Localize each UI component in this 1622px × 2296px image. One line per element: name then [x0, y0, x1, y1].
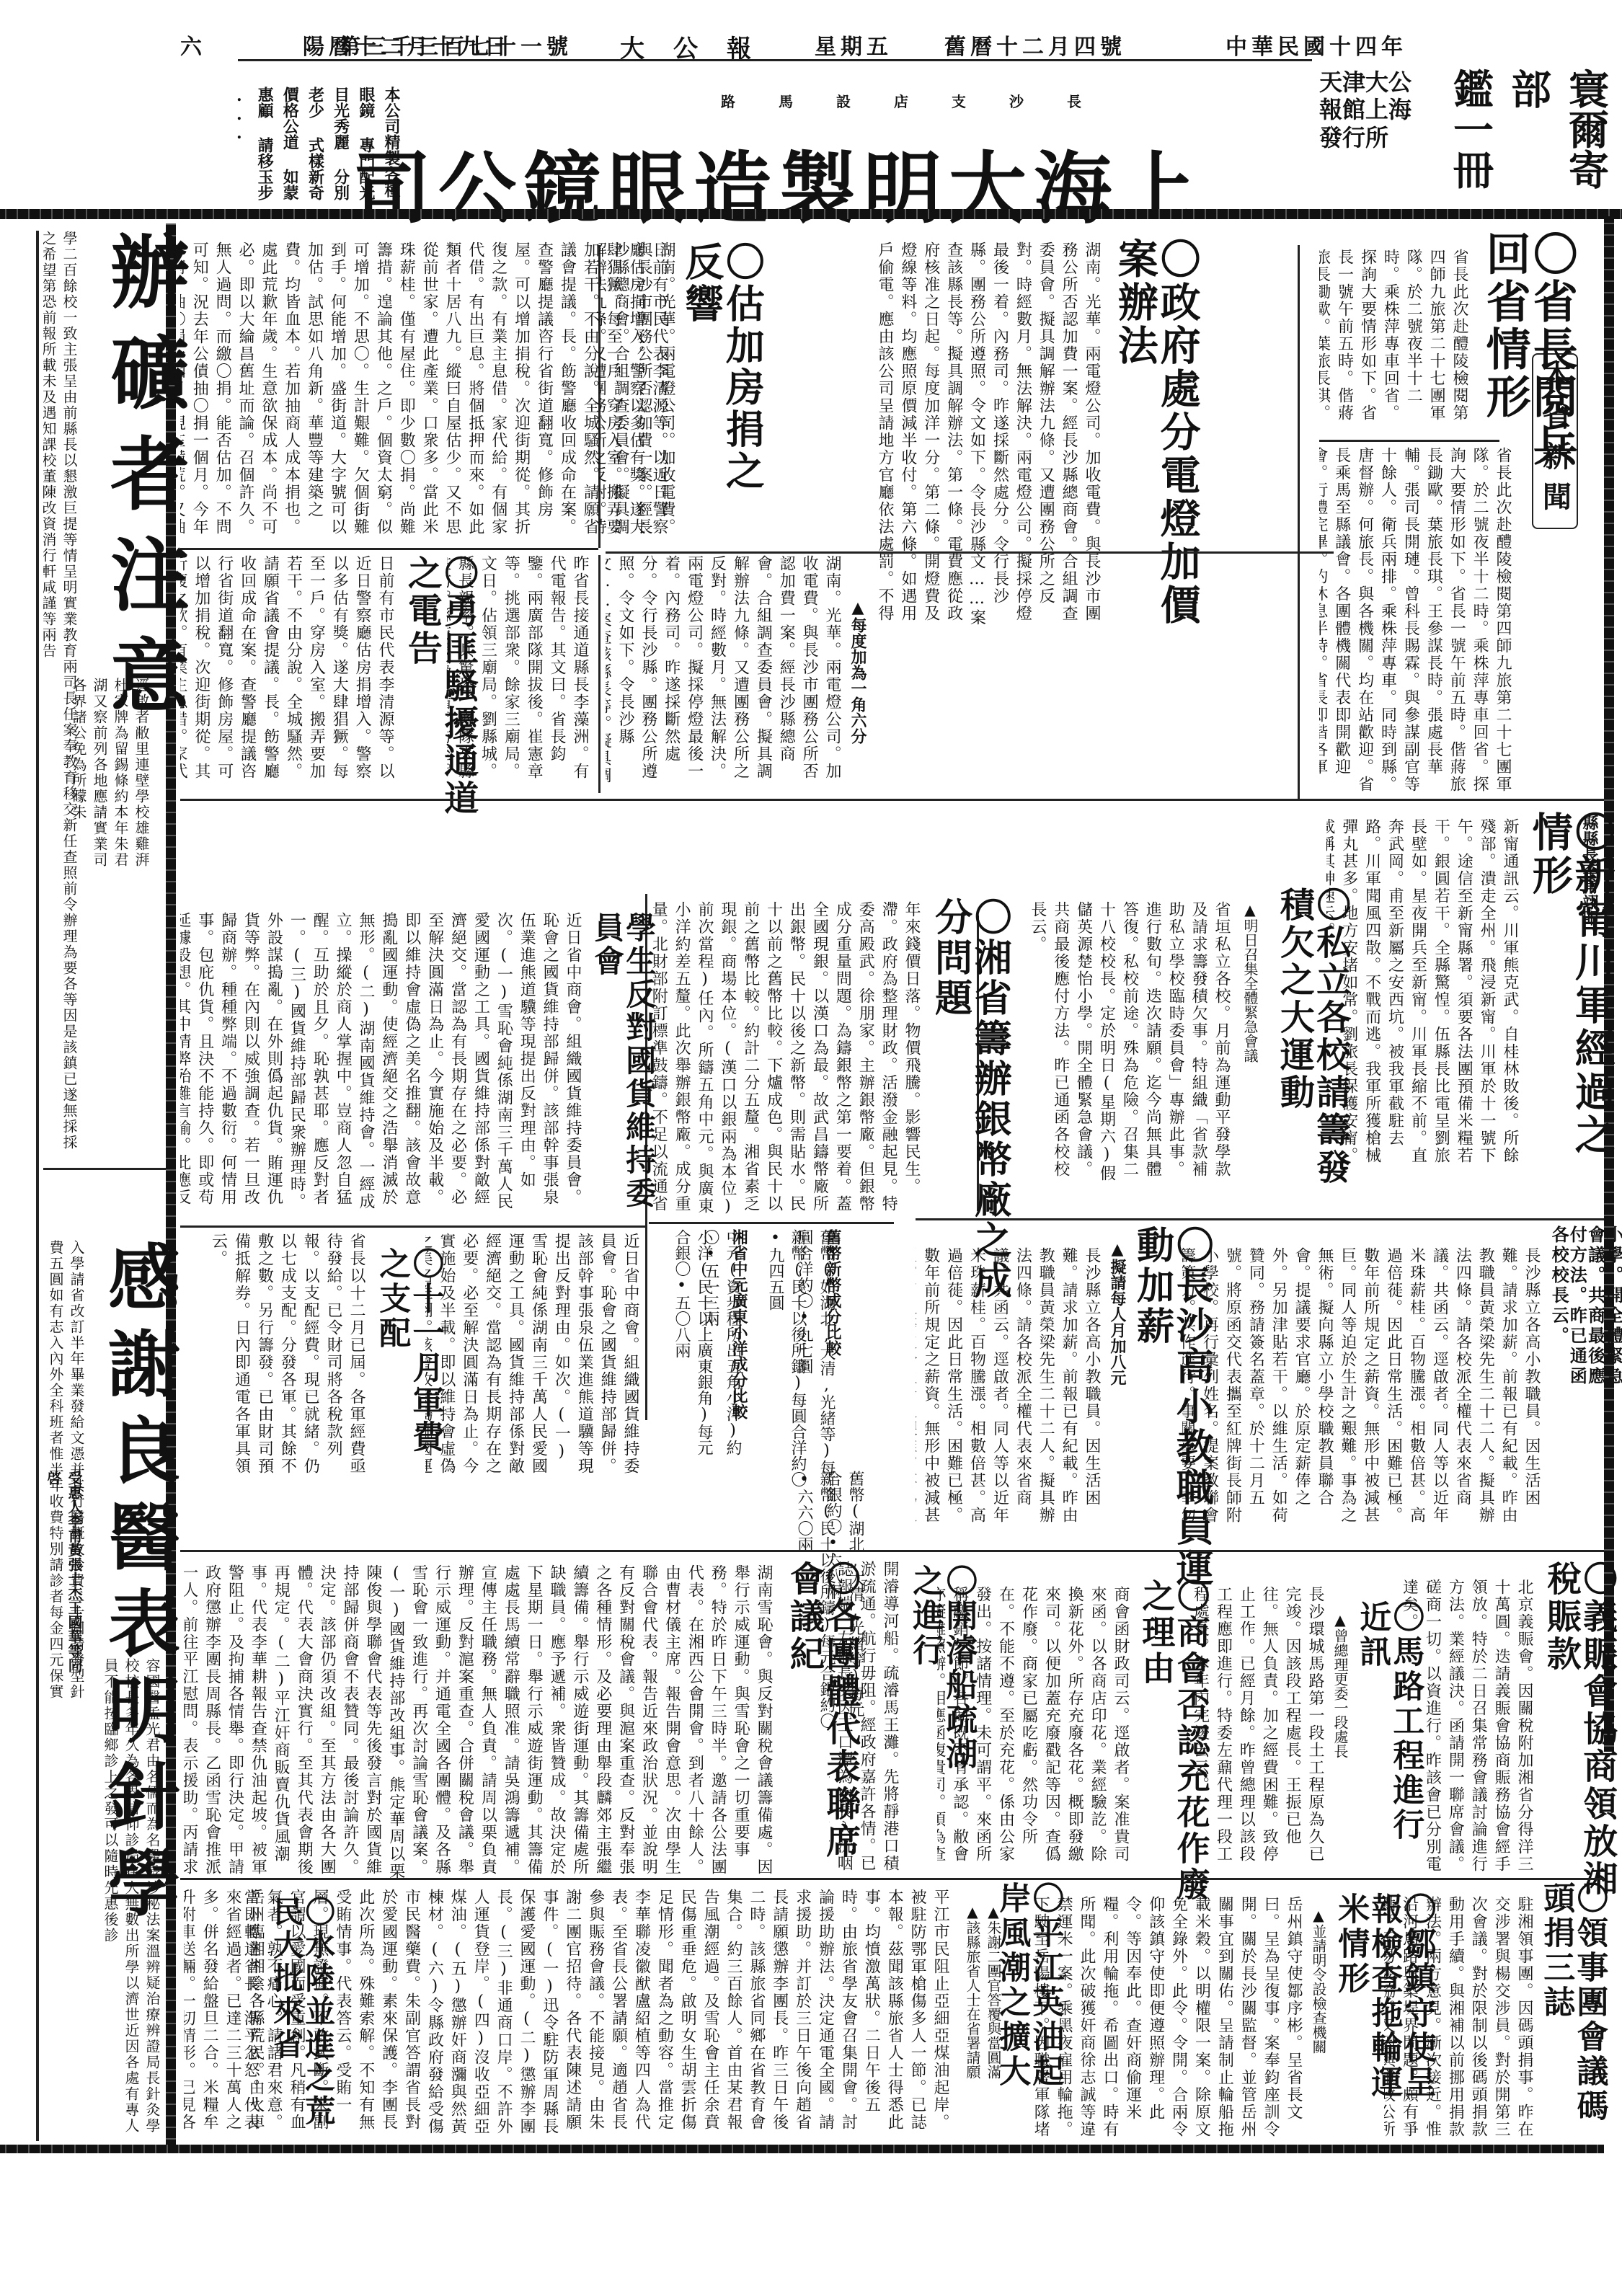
circle-bullet-icon: 〇 [1569, 811, 1616, 854]
circle-bullet-icon: 〇 [1525, 231, 1578, 278]
article-body-a9: 省垣私立各校。月前為運動平發學款及請求籌發積欠事。特組織「省款補助私立學校臨時委… [980, 901, 1233, 1189]
article-body-a5-cont: 近日省中商會。組織國貨維持委員會。恥會之國貨維持部歸併。該部幹事張泉伍業進熊道驥… [425, 1233, 642, 1478]
article-subhead-a18: ▲朱謝二團官答覆與當圓滿 ▲該縣旅省人士在省署請願 [962, 1903, 1004, 2083]
article-body-a2: 湖南。光華。兩電燈公司。加收電費。與長沙市團務公所否認加費一案。經長沙縣總商會。… [872, 241, 1103, 631]
ad-center-title: 上海大明製造眼鏡公司 [353, 126, 1290, 238]
article-subhead-a2: ▲每度加為一角六分 [847, 598, 869, 786]
ad-right-side: 天津大公報館上海發行所 [1319, 68, 1427, 151]
article-body-a6: 省長以十二月已屆。各軍經費亟待發給。已令財司將各稅款列報。以支配經費。現已就緒。… [180, 1233, 368, 1478]
article-headline-a13: 〇商會否認充花作廢之理由 [1139, 1579, 1209, 1918]
circle-bullet-icon: 〇 [1172, 1579, 1211, 1615]
masthead-lunar-date: 舊曆十二月四號 [944, 29, 1126, 61]
article-body-a5: 近日省中商會。組織國貨維持委員會。恥會之國貨維持部歸併。該部幹事張泉伍業進熊道驥… [180, 912, 584, 1222]
rule [916, 1218, 1604, 1220]
article-body-a10: 長沙縣立各高小教職員。因生活困難。請求加薪。前報已有紀載。昨由教職員黃榮梁先生二… [916, 1247, 1103, 1535]
article-subhead-a12: ▲曾總理更委一段處長 [1330, 1611, 1351, 1784]
circle-bullet-icon: 〇 [1154, 238, 1202, 281]
article-body-a4: 昨省長接通道縣長李藻洲。有代電報告。其文曰。省長鈞鑒。兩廣部隊開拔後。崔憲章等。… [447, 555, 591, 793]
article-headline-a8: 〇新甯川軍經過之情形 [1528, 811, 1613, 1186]
masthead-rule [238, 59, 1312, 61]
circle-bullet-icon: 〇 [407, 1247, 443, 1282]
circle-bullet-icon: 〇 [1577, 1561, 1618, 1598]
article-headline-a18: 〇平江英油起岸風潮之擴大 [995, 1881, 1061, 2119]
row-divider [180, 1550, 1604, 1552]
rule [1319, 440, 1499, 442]
ad-center-subtitle: 長沙支店設馬路 [692, 90, 1125, 111]
column-rule [1298, 245, 1300, 800]
article-headline-a2: 〇政府處分電燈加價案辦法 [1114, 238, 1199, 642]
circle-bullet-icon: 〇 [1027, 1881, 1063, 1916]
article-headline-a16: 〇領事團會議碼頭捐三誌 [1539, 1881, 1605, 2141]
ad-signers-ad2: 受惠人李甫黃張士杰王國華等同啓 [43, 1471, 85, 1672]
rule [180, 548, 598, 550]
article-headline-a14: 〇開濬船疏湖之進行 [908, 1564, 975, 1795]
article-headline-a12: 〇馬路工程進行近訊 [1355, 1600, 1422, 1845]
article-body-a18: 平江市民阻止亞細亞煤油起岸。被駐防鄂軍槍傷多人一節。已誌本報。茲聞該縣旅省人士得… [238, 1889, 952, 2141]
article-headline-a6: 〇十一月軍費之支配 [375, 1247, 441, 1463]
article-body-a8: 新甯通訊云。川軍熊克武。自桂林敗後。所餘殘部。潰走全州。飛浸新甯。川軍於十一號下… [1326, 818, 1521, 1179]
circle-bullet-icon: 〇 [1311, 887, 1351, 924]
rule [43, 1168, 166, 1170]
article-headline-a9: 〇私立各校請籌發積欠之大運動 [1276, 887, 1349, 1204]
circle-bullet-icon: 〇 [967, 897, 1011, 938]
ad-body-bottom-ad1: 逕啟者敝里連壁學校雄雞湃杜家牌為留錫條約本年朱君湖又察前列各地應請實業司各界諸公… [43, 678, 151, 879]
rule [606, 551, 1334, 554]
article-body-a1-cont: 省長此次赴醴陵檢閱第四師九旅第二十七團軍隊。於二號夜半十二時。乘株萍專車回省。探… [1319, 447, 1514, 793]
circle-bullet-icon: 〇 [1387, 1600, 1424, 1635]
row-divider [180, 799, 1604, 801]
article-headline-a5: 學生反對國貨維持委員會 [591, 912, 655, 1215]
article-headline-a17: 〇鄒鎮守使呈報檢查拖輪運米情形 [1334, 1892, 1434, 2130]
ad-left-text: 本公司精製各種眼鏡 專門配光 目光秀麗 分別老少 式樣新奇 價格公道 如蒙惠顧 … [202, 87, 404, 202]
circle-bullet-icon: 〇 [719, 241, 766, 283]
article-body-a15: 湖南雪恥會。與反對關稅會議籌備處。因舉行示威運動。與雪恥會之一切重要事務。特於昨… [184, 1564, 775, 1881]
article-body-a19: 岳州臨湘湘陰各縣荒民。由火車來省經過者。已達二三十萬人之多。併名發給盤旦二合。米… [184, 1889, 267, 2141]
column-rule [598, 555, 601, 793]
circle-bullet-icon: 〇 [1399, 1892, 1436, 1927]
masthead-weekday: 星期五 [815, 29, 892, 61]
bottom-rule [0, 2145, 1604, 2153]
article-subhead-a10: ▲擬請每人月加八元 [1107, 1240, 1129, 1420]
article-subhead-a9: ▲明日召集全體緊急會議 [1240, 901, 1261, 1117]
article-body-a2-cont: 湖南。光華。兩電燈公司。加收電費。與長沙市團務公所否認加費一案。經長沙縣總商會。… [606, 555, 843, 793]
circle-bullet-icon: 〇 [301, 1896, 336, 1929]
article-body-a7: 年來錢價日落。物價飛騰。影響民生。滯。政府為整理財政。活潑金融起見。特委高殿武。… [649, 901, 923, 1218]
circle-bullet-icon: 〇 [940, 1564, 977, 1599]
ad-right-line1: 寰爾寄部 [1499, 68, 1615, 213]
masthead-gregorian-date: 陽曆十二月十九日 [303, 29, 510, 61]
masthead-year: 中華民國十四年 [1226, 29, 1407, 61]
article-headline-a15: 〇各團體代表聯席會議紀 [786, 1561, 859, 1878]
row-divider [180, 1878, 1604, 1880]
article-body-a3: 日前有市民代表李清源等。以近日警察廳估房捐增入。警察以多估有獎。遂大肆猖獗。每至… [180, 241, 670, 544]
circle-bullet-icon: 〇 [1571, 1881, 1608, 1916]
article-headline-a19: 〇水陸並進之荒民大批來省 [270, 1896, 334, 2134]
article-body-a17: 岳州鎮守使鄒序彬。呈省長文曰。呈為呈復事。案奉鈞座訓令開。關於長沙關監督。並管岳… [1031, 1896, 1305, 2141]
rule [180, 1225, 645, 1228]
left-edge-rule [36, 231, 39, 2141]
article-subhead-a17: ▲並請明令設檢查機關 [1308, 1907, 1329, 2073]
article-tail-a9: 省垣私立各校。月前為運動平發學款及請求籌發積欠事。特組織「省款補助私立學校臨時委… [1550, 1225, 1622, 1399]
top-divider [0, 209, 1622, 219]
article-body-a3-cont: 日前有市民代表李清源等。以近日警察廳估房捐增入。警察以多估有獎。遂大肆猖獗。每至… [180, 555, 396, 793]
ad-right-line2: 鑑一冊 [1442, 68, 1499, 213]
article-headline-a3: 〇估加房捐之反響 [681, 241, 763, 508]
article-headline-a11: 〇義賑會協商領放湘稅賑款 [1543, 1561, 1616, 1900]
article-body-a1: 省長此次赴醴陵檢閱第四師九旅第二十七團軍隊。於二號夜半十二時。乘株萍專車回省。探… [1319, 249, 1471, 436]
article-headline-a1: 〇省長閱兵回省情形 [1481, 231, 1575, 476]
rule [649, 1222, 894, 1224]
article-body-a10-right: 長沙縣立各高小教職員。因生活困難。請求加薪。前報已有紀載。昨由教職員黃榮梁先生二… [1182, 1247, 1543, 1535]
circle-bullet-icon: 〇 [820, 1561, 861, 1598]
table-row: 小洋(民十以上廣東銀角)每元合銀〇•五〇八兩 [670, 1229, 715, 1460]
ad-body-bottom-ad2: 容國醫孟光君由名儒而為名醫長沙秘法案溫辨疑治療辨證局長針灸學校校長多年久為各界信… [61, 1658, 162, 2134]
masthead-page-no: 六 [180, 29, 206, 61]
table-row: 新幣(民十以後所鑄)每圓合洋約〇•九四五圓 [764, 1229, 809, 1489]
